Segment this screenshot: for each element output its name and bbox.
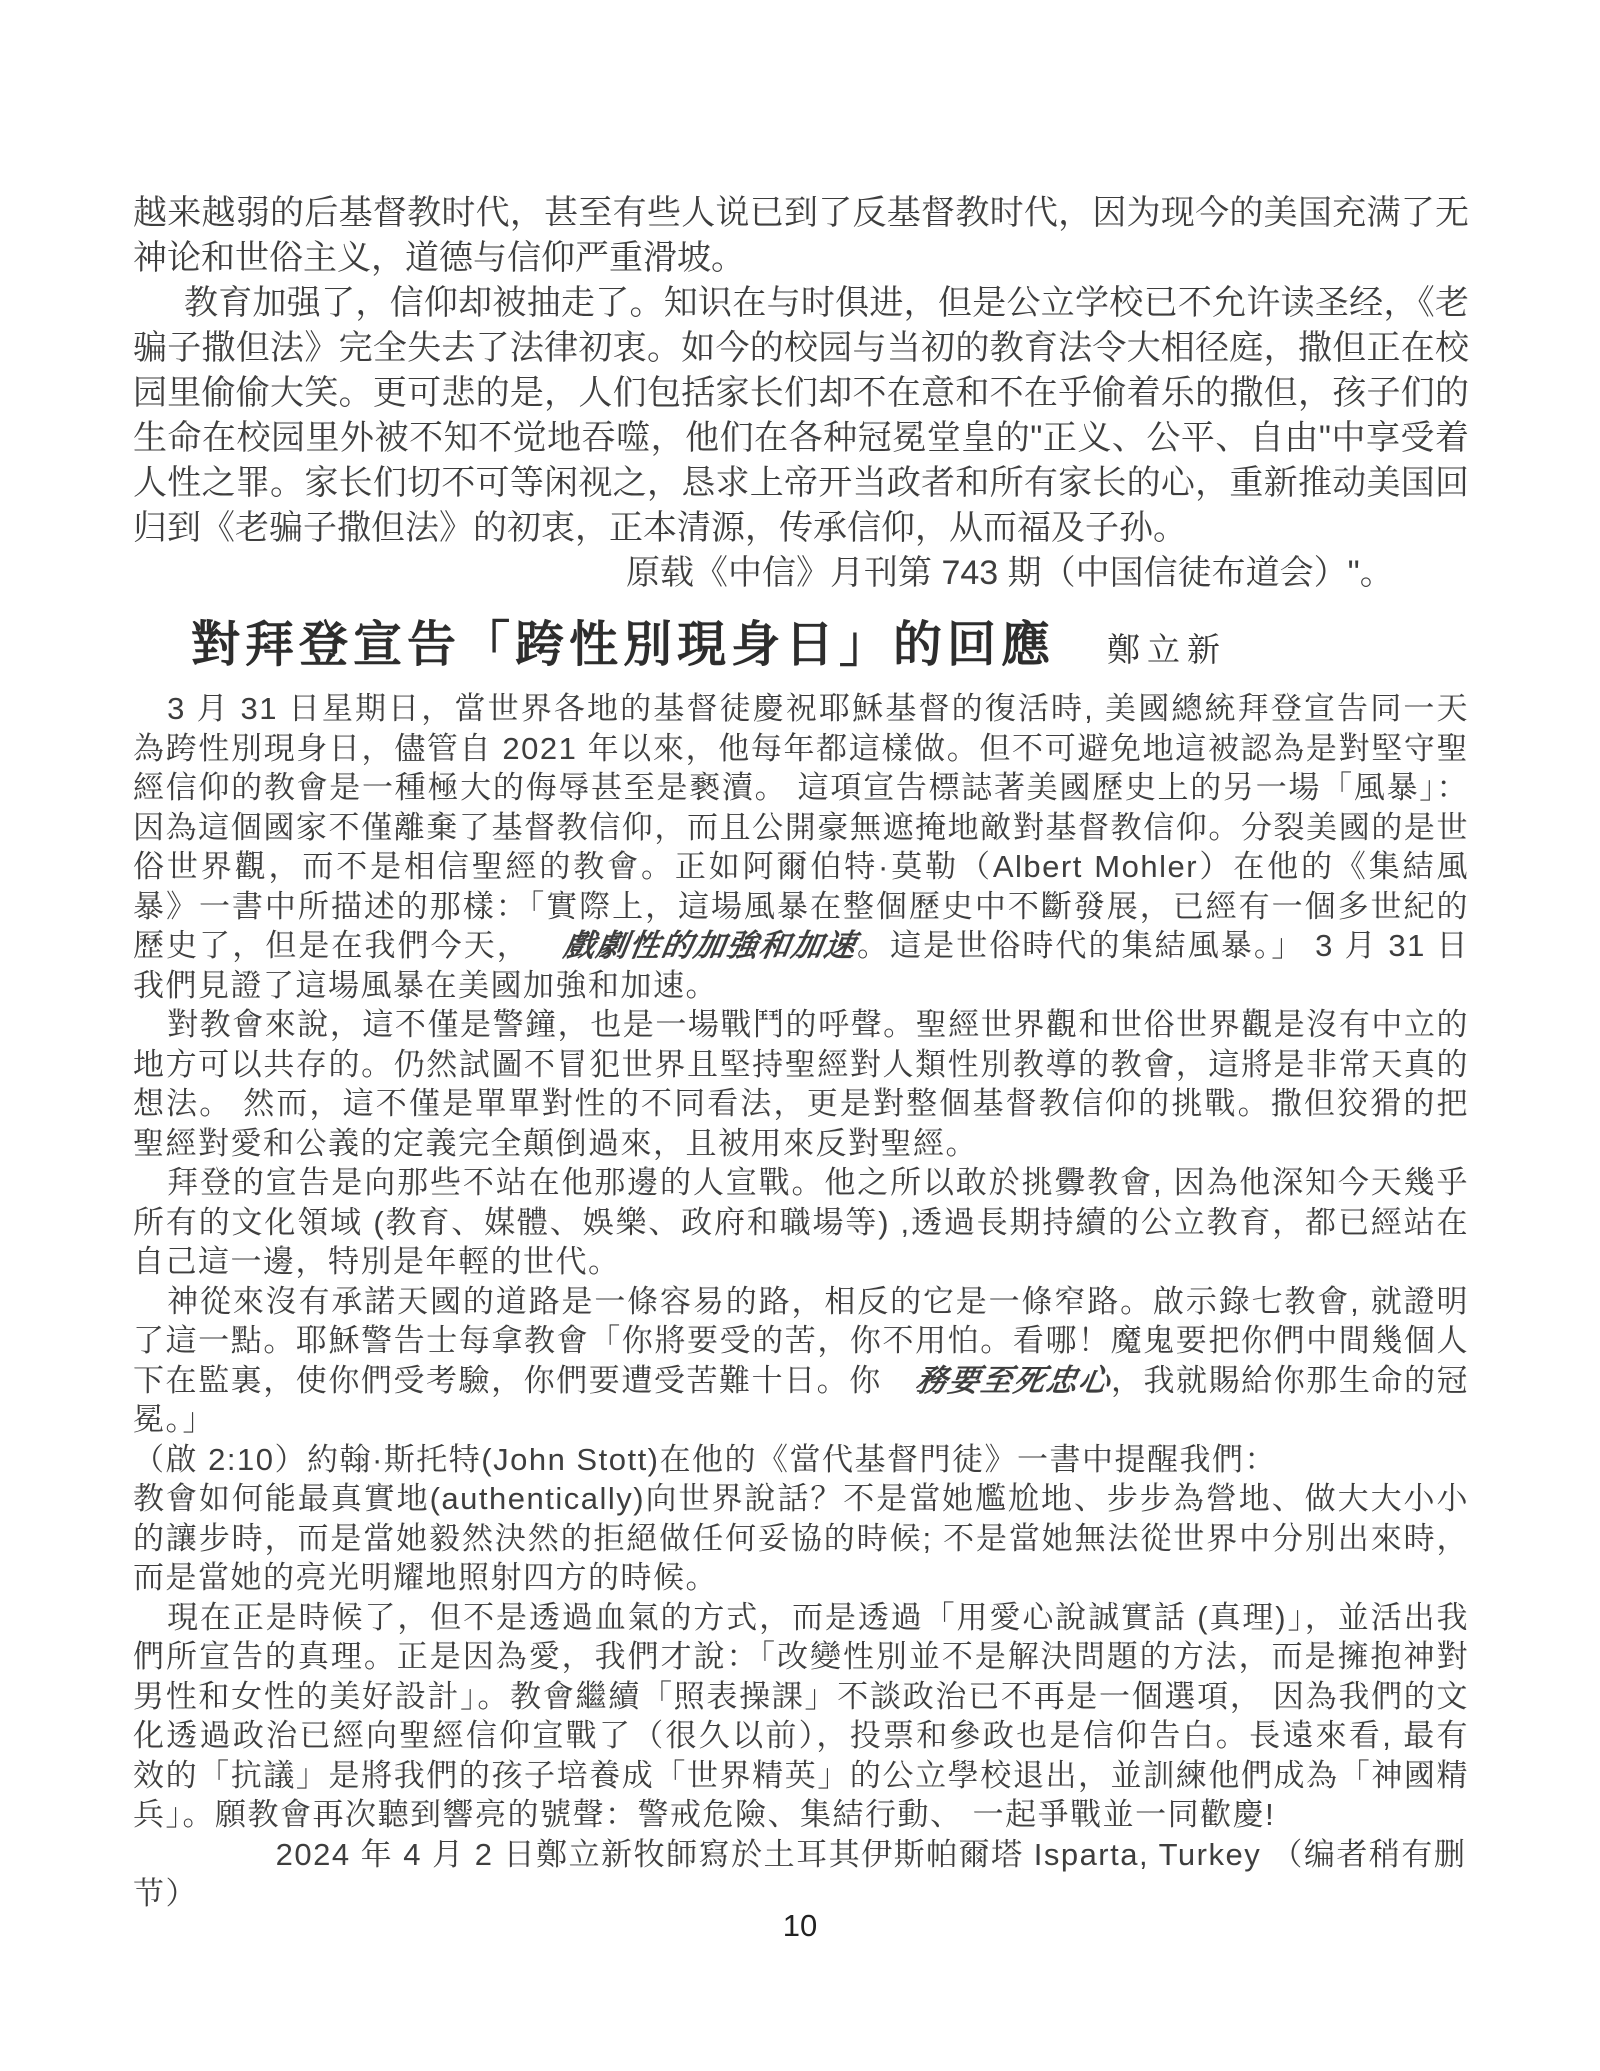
paragraph: 對教會來說，這不僅是警鐘，也是一場戰鬥的呼聲。聖經世界觀和世俗世界觀是沒有中立的…	[133, 1005, 1469, 1163]
paragraph: 越来越弱的后基督教时代，甚至有些人说已到了反基督教时代，因为现今的美国充满了无神…	[133, 191, 1469, 281]
paragraph: 現在正是時候了，但不是透過血氣的方式，而是透過「用愛心說誠實話 (真理)」，並活…	[133, 1598, 1469, 1835]
attribution-line: 原载《中信》月刊第 743 期（中国信徒布道会）"。	[133, 551, 1469, 596]
paragraph: 神從來沒有承諾天國的道路是一條容易的路，相反的它是一條窄路。啟示錄七教會, 就證…	[133, 1282, 1469, 1480]
text-column: 越来越弱的后基督教时代，甚至有些人说已到了反基督教时代，因为现今的美国充满了无神…	[133, 191, 1469, 1914]
paragraph: 拜登的宣告是向那些不站在他那邊的人宣戰。他之所以敢於挑釁教會, 因為他深知今天幾…	[133, 1163, 1469, 1282]
paragraph: 教育加强了，信仰却被抽走了。知识在与时俱进，但是公立学校已不允许读圣经，《老骗子…	[133, 281, 1469, 551]
document-page: 越来越弱的后基督教时代，甚至有些人说已到了反基督教时代，因为现今的美国充满了无神…	[0, 0, 1600, 2071]
article-author: 鄭立新	[1107, 631, 1227, 668]
emphasized-text: 戲劇性的加強和加速	[527, 926, 860, 966]
page-number: 10	[0, 1908, 1600, 1944]
article-title: 對拜登宣告「跨性別現身日」的回應	[191, 618, 1055, 672]
article-title-row: 對拜登宣告「跨性別現身日」的回應鄭立新	[191, 614, 1469, 681]
paragraph: 3 月 31 日星期日，當世界各地的基督徒慶祝耶穌基督的復活時, 美國總統拜登宣…	[133, 689, 1469, 1005]
scripture-reference-run: （啟 2:10）約翰·斯托特(John Stott)在他的《當代基督門徒》一書中…	[133, 1442, 1277, 1477]
text-run: 3 月 31 日星期日，當世界各地的基督徒慶祝耶穌基督的復活時, 美國總統拜登宣…	[133, 691, 1469, 963]
paragraph: 教會如何能最真實地(authentically)向世界說話？不是當她尷尬地、步步…	[133, 1479, 1469, 1598]
emphasized-text: 務要至死忠心	[879, 1361, 1114, 1401]
dateline: 2024 年 4 月 2 日鄭立新牧師寫於土耳其伊斯帕爾塔 Isparta, T…	[133, 1835, 1469, 1914]
